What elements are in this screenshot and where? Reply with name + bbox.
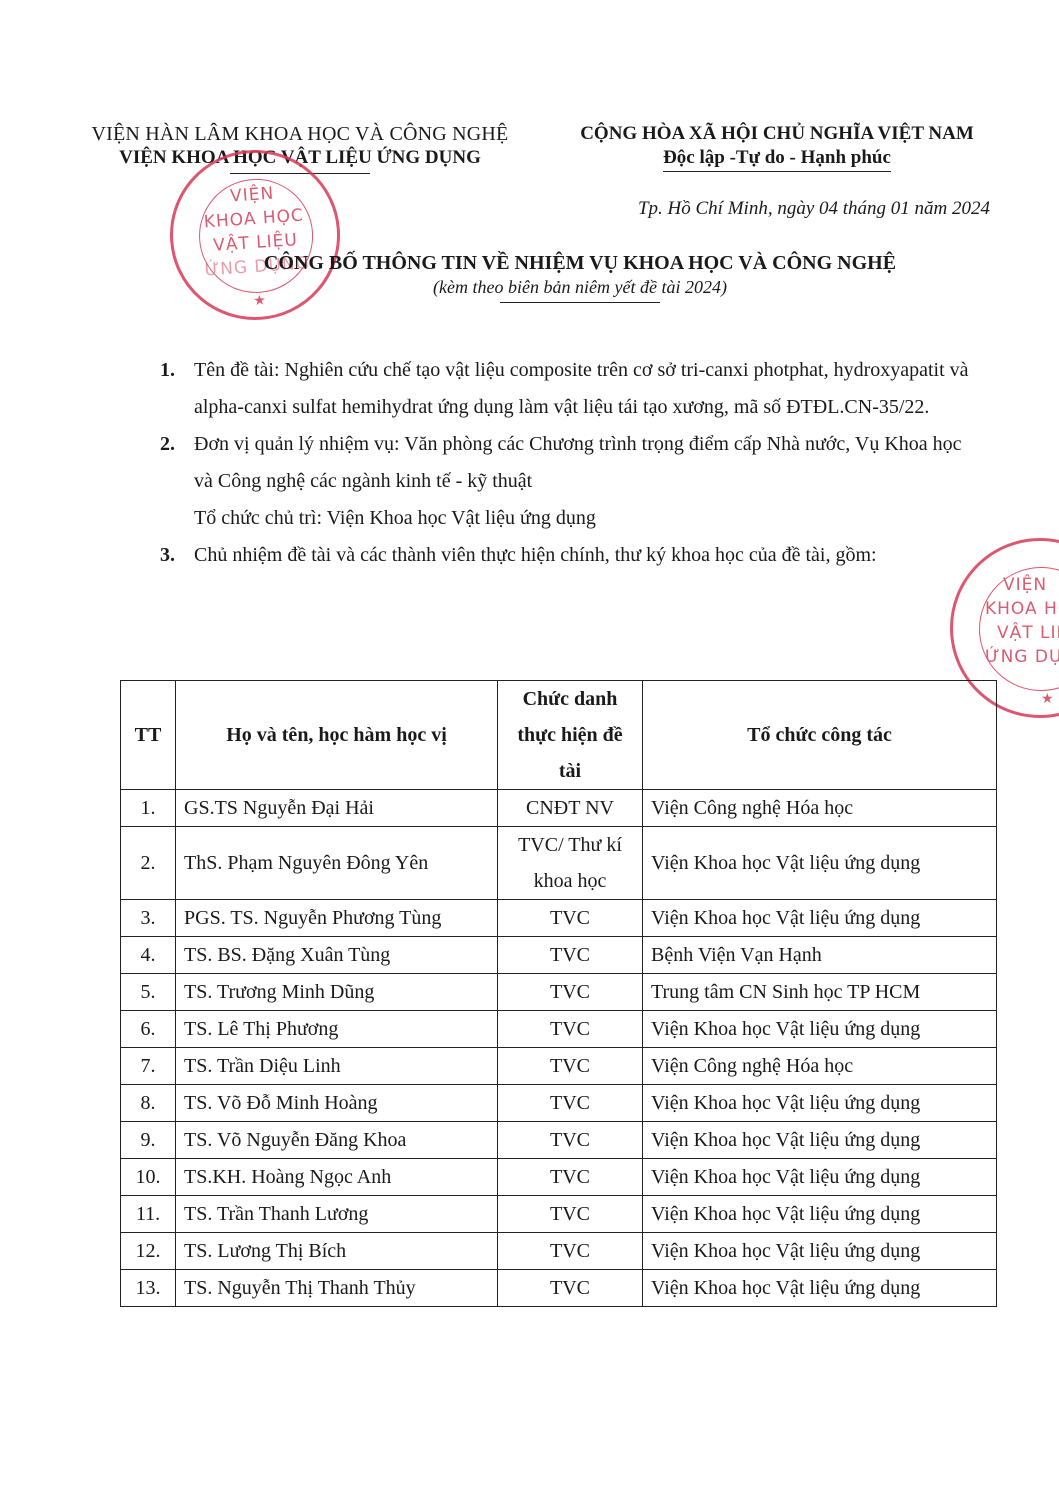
- cell-role: CNĐT NV: [498, 790, 643, 827]
- column-header-role: Chức danh thực hiện đề tài: [498, 681, 643, 790]
- issuing-organization: VIỆN HÀN LÂM KHOA HỌC VÀ CÔNG NGHỆ VIỆN …: [80, 122, 520, 174]
- table-row: 1.GS.TS Nguyễn Đại HảiCNĐT NVViện Công n…: [121, 790, 997, 827]
- item-number: 1.: [160, 352, 175, 389]
- cell-role: TVC: [498, 1159, 643, 1196]
- item-text: Đơn vị quản lý nhiệm vụ: Văn phòng các C…: [194, 433, 962, 492]
- cell-index: 9.: [121, 1122, 176, 1159]
- column-header-organization: Tổ chức công tác: [643, 681, 997, 790]
- title-main: CÔNG BỐ THÔNG TIN VỀ NHIỆM VỤ KHOA HỌC V…: [190, 250, 970, 276]
- list-item: 2. Đơn vị quản lý nhiệm vụ: Văn phòng cá…: [160, 426, 980, 500]
- cell-organization: Viện Khoa học Vật liệu ứng dụng: [643, 900, 997, 937]
- members-table: TT Họ và tên, học hàm học vị Chức danh t…: [120, 680, 997, 1307]
- item-number: 3.: [160, 537, 175, 574]
- cell-index: 2.: [121, 827, 176, 900]
- cell-role: TVC: [498, 974, 643, 1011]
- cell-index: 7.: [121, 1048, 176, 1085]
- cell-organization: Viện Khoa học Vật liệu ứng dụng: [643, 1196, 997, 1233]
- seal-line: KHOA HỌC: [171, 201, 336, 236]
- cell-role: TVC: [498, 1085, 643, 1122]
- item-text: Tên đề tài: Nghiên cứu chế tạo vật liệu …: [194, 359, 969, 418]
- cell-name: TS. Trương Minh Dũng: [176, 974, 498, 1011]
- seal-line: VIỆN: [170, 177, 335, 212]
- document-date: Tp. Hồ Chí Minh, ngày 04 tháng 01 năm 20…: [560, 198, 990, 220]
- table-row: 4.TS. BS. Đặng Xuân TùngTVCBệnh Viện Vạn…: [121, 937, 997, 974]
- table-row: 8.TS. Võ Đỗ Minh HoàngTVCViện Khoa học V…: [121, 1085, 997, 1122]
- cell-index: 6.: [121, 1011, 176, 1048]
- national-heading: CỘNG HÒA XÃ HỘI CHỦ NGHĨA VIỆT NAM Độc l…: [552, 122, 1002, 172]
- host-organization: Tổ chức chủ trì: Viện Khoa học Vật liệu …: [160, 500, 980, 537]
- cell-index: 3.: [121, 900, 176, 937]
- title-subtitle: (kèm theo biên bản niêm yết đề tài 2024): [190, 276, 970, 298]
- table-row: 11.TS. Trần Thanh LươngTVCViện Khoa học …: [121, 1196, 997, 1233]
- cell-index: 12.: [121, 1233, 176, 1270]
- seal-line: ỨNG DỤNG: [953, 645, 1059, 669]
- cell-name: TS. Võ Nguyễn Đăng Khoa: [176, 1122, 498, 1159]
- cell-name: TS.KH. Hoàng Ngọc Anh: [176, 1159, 498, 1196]
- item-number: 2.: [160, 426, 175, 463]
- cell-name: TS. Võ Đỗ Minh Hoàng: [176, 1085, 498, 1122]
- cell-name: ThS. Phạm Nguyên Đông Yên: [176, 827, 498, 900]
- list-item: 1. Tên đề tài: Nghiên cứu chế tạo vật li…: [160, 352, 980, 426]
- cell-organization: Viện Khoa học Vật liệu ứng dụng: [643, 827, 997, 900]
- cell-role: TVC: [498, 1270, 643, 1307]
- cell-organization: Viện Khoa học Vật liệu ứng dụng: [643, 1122, 997, 1159]
- cell-index: 13.: [121, 1270, 176, 1307]
- seal-line: KHOA HỌC: [953, 597, 1059, 621]
- table-row: 3.PGS. TS. Nguyễn Phương TùngTVCViện Kho…: [121, 900, 997, 937]
- cell-organization: Bệnh Viện Vạn Hạnh: [643, 937, 997, 974]
- cell-role: TVC: [498, 1048, 643, 1085]
- cell-organization: Trung tâm CN Sinh học TP HCM: [643, 974, 997, 1011]
- divider: [230, 173, 370, 174]
- table-header-row: TT Họ và tên, học hàm học vị Chức danh t…: [121, 681, 997, 790]
- cell-name: TS. BS. Đặng Xuân Tùng: [176, 937, 498, 974]
- cell-name: TS. Trần Diệu Linh: [176, 1048, 498, 1085]
- cell-role: TVC: [498, 1011, 643, 1048]
- document-body: 1. Tên đề tài: Nghiên cứu chế tạo vật li…: [160, 352, 980, 574]
- national-motto: Độc lập -Tự do - Hạnh phúc: [663, 146, 891, 172]
- column-header-name: Họ và tên, học hàm học vị: [176, 681, 498, 790]
- cell-organization: Viện Khoa học Vật liệu ứng dụng: [643, 1011, 997, 1048]
- cell-index: 8.: [121, 1085, 176, 1122]
- cell-organization: Viện Khoa học Vật liệu ứng dụng: [643, 1270, 997, 1307]
- column-header-index: TT: [121, 681, 176, 790]
- cell-name: TS. Lê Thị Phương: [176, 1011, 498, 1048]
- table-row: 10.TS.KH. Hoàng Ngọc AnhTVCViện Khoa học…: [121, 1159, 997, 1196]
- cell-organization: Viện Khoa học Vật liệu ứng dụng: [643, 1085, 997, 1122]
- cell-name: TS. Lương Thị Bích: [176, 1233, 498, 1270]
- cell-role: TVC/ Thư kí khoa học: [498, 827, 643, 900]
- table-row: 12.TS. Lương Thị BíchTVCViện Khoa học Vậ…: [121, 1233, 997, 1270]
- cell-index: 11.: [121, 1196, 176, 1233]
- parent-organization: VIỆN HÀN LÂM KHOA HỌC VÀ CÔNG NGHỆ: [80, 122, 520, 146]
- cell-organization: Viện Công nghệ Hóa học: [643, 790, 997, 827]
- cell-index: 5.: [121, 974, 176, 1011]
- cell-role: TVC: [498, 937, 643, 974]
- table-row: 2.ThS. Phạm Nguyên Đông YênTVC/ Thư kí k…: [121, 827, 997, 900]
- organization-name: VIỆN KHOA HỌC VẬT LIỆU ỨNG DỤNG: [80, 146, 520, 170]
- cell-role: TVC: [498, 1122, 643, 1159]
- cell-index: 4.: [121, 937, 176, 974]
- cell-organization: Viện Khoa học Vật liệu ứng dụng: [643, 1159, 997, 1196]
- cell-index: 10.: [121, 1159, 176, 1196]
- cell-name: TS. Nguyễn Thị Thanh Thủy: [176, 1270, 498, 1307]
- table-row: 9.TS. Võ Nguyễn Đăng KhoaTVCViện Khoa họ…: [121, 1122, 997, 1159]
- cell-organization: Viện Khoa học Vật liệu ứng dụng: [643, 1233, 997, 1270]
- item-text: Chủ nhiệm đề tài và các thành viên thực …: [194, 544, 877, 566]
- divider: [500, 302, 660, 303]
- cell-name: PGS. TS. Nguyễn Phương Tùng: [176, 900, 498, 937]
- table-row: 5.TS. Trương Minh DũngTVCTrung tâm CN Si…: [121, 974, 997, 1011]
- cell-role: TVC: [498, 1196, 643, 1233]
- list-item: 3. Chủ nhiệm đề tài và các thành viên th…: [160, 537, 980, 574]
- cell-name: TS. Trần Thanh Lương: [176, 1196, 498, 1233]
- cell-role: TVC: [498, 1233, 643, 1270]
- table-row: 7.TS. Trần Diệu LinhTVCViện Công nghệ Hó…: [121, 1048, 997, 1085]
- seal-line: VẬT LIỆU: [953, 621, 1059, 645]
- document-title: CÔNG BỐ THÔNG TIN VỀ NHIỆM VỤ KHOA HỌC V…: [190, 250, 970, 303]
- cell-index: 1.: [121, 790, 176, 827]
- table-row: 13.TS. Nguyễn Thị Thanh ThủyTVCViện Khoa…: [121, 1270, 997, 1307]
- country-name: CỘNG HÒA XÃ HỘI CHỦ NGHĨA VIỆT NAM: [552, 122, 1002, 146]
- cell-organization: Viện Công nghệ Hóa học: [643, 1048, 997, 1085]
- cell-role: TVC: [498, 900, 643, 937]
- cell-name: GS.TS Nguyễn Đại Hải: [176, 790, 498, 827]
- seal-line: VIỆN: [953, 573, 1059, 597]
- table-row: 6.TS. Lê Thị PhươngTVCViện Khoa học Vật …: [121, 1011, 997, 1048]
